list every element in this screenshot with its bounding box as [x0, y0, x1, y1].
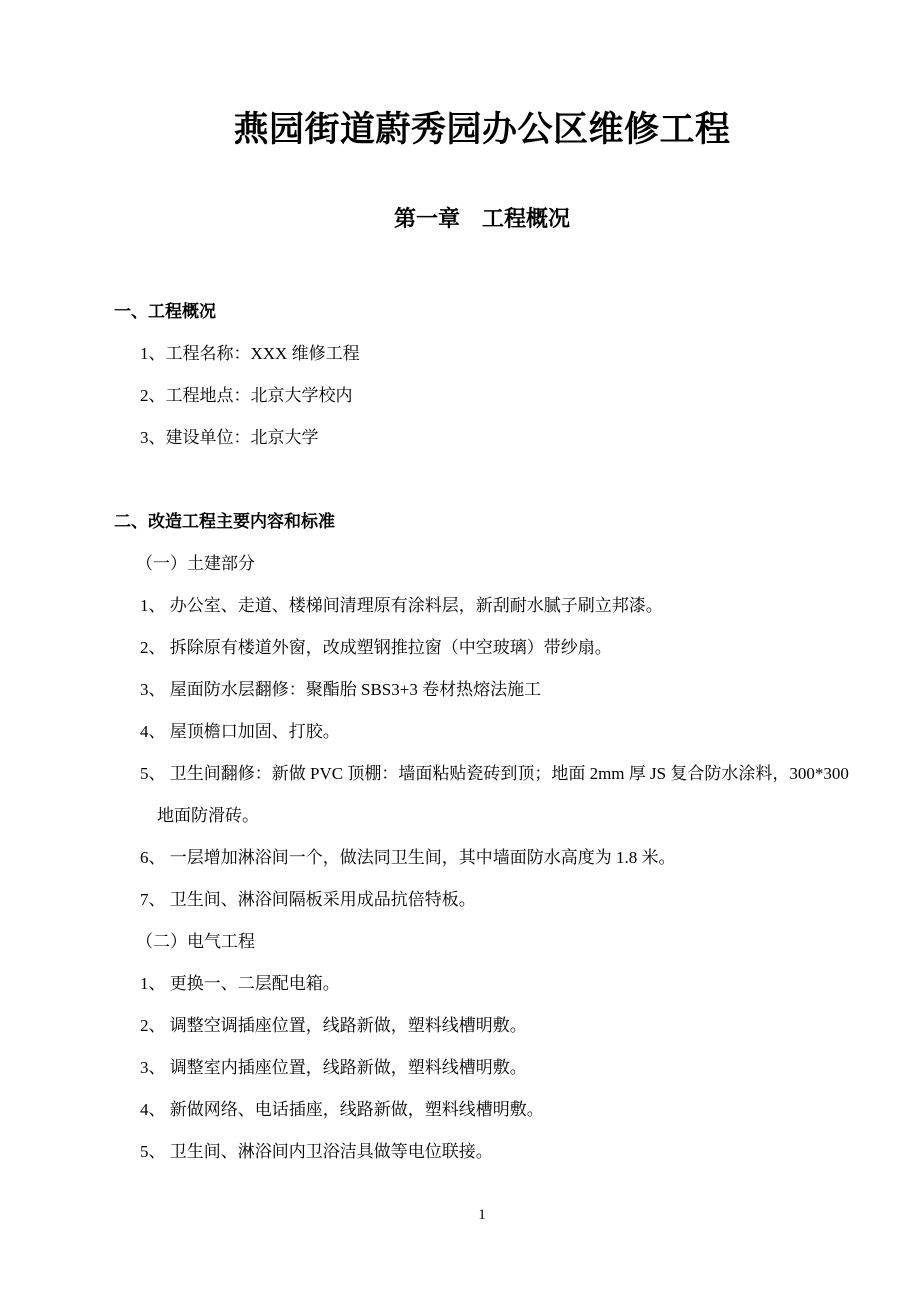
page-number: 1: [104, 1194, 860, 1236]
chapter-heading: 第一章 工程概况: [104, 204, 860, 234]
section-heading: 二、改造工程主要内容和标准: [114, 501, 860, 543]
subsection-electrical-works: （二）电气工程 1、 更换一、二层配电箱。 2、 调整空调插座位置，线路新做，塑…: [114, 921, 860, 1173]
list-item: 1、 办公室、走道、楼梯间清理原有涂料层，新刮耐水腻子刷立邦漆。: [114, 585, 860, 627]
list-item: 3、建设单位：北京大学: [114, 417, 860, 459]
subsection-label: （一）土建部分: [114, 543, 860, 585]
subsection-civil-works: （一）土建部分 1、 办公室、走道、楼梯间清理原有涂料层，新刮耐水腻子刷立邦漆。…: [114, 543, 860, 921]
list-item: 6、 一层增加淋浴间一个，做法同卫生间，其中墙面防水高度为 1.8 米。: [114, 837, 860, 879]
list-item: 5、 卫生间翻修：新做 PVC 顶棚：墙面粘贴瓷砖到顶；地面 2mm 厚 JS …: [114, 753, 860, 837]
list-item: 2、 拆除原有楼道外窗，改成塑钢推拉窗（中空玻璃）带纱扇。: [114, 627, 860, 669]
list-item: 4、 屋顶檐口加固、打胶。: [114, 711, 860, 753]
list-item: 7、 卫生间、淋浴间隔板采用成品抗倍特板。: [114, 879, 860, 921]
document-page: 燕园街道蔚秀园办公区维修工程 第一章 工程概况 一、工程概况 1、工程名称：XX…: [0, 0, 920, 1302]
list-item: 3、 调整室内插座位置，线路新做，塑料线槽明敷。: [114, 1047, 860, 1089]
list-item: 1、工程名称：XXX 维修工程: [114, 333, 860, 375]
list-item: 3、 屋面防水层翻修：聚酯胎 SBS3+3 卷材热熔法施工: [114, 669, 860, 711]
section-heading: 一、工程概况: [114, 291, 860, 333]
section-project-overview: 一、工程概况 1、工程名称：XXX 维修工程 2、工程地点：北京大学校内 3、建…: [114, 291, 860, 459]
list-item: 1、 更换一、二层配电箱。: [114, 963, 860, 1005]
document-title: 燕园街道蔚秀园办公区维修工程: [104, 105, 860, 155]
list-item: 2、 调整空调插座位置，线路新做，塑料线槽明敷。: [114, 1005, 860, 1047]
subsection-label: （二）电气工程: [114, 921, 860, 963]
list-item: 4、 新做网络、电话插座，线路新做，塑料线槽明敷。: [114, 1089, 860, 1131]
section-renovation-content: 二、改造工程主要内容和标准 （一）土建部分 1、 办公室、走道、楼梯间清理原有涂…: [114, 501, 860, 1173]
list-item: 2、工程地点：北京大学校内: [114, 375, 860, 417]
list-item: 5、 卫生间、淋浴间内卫浴洁具做等电位联接。: [114, 1131, 860, 1173]
